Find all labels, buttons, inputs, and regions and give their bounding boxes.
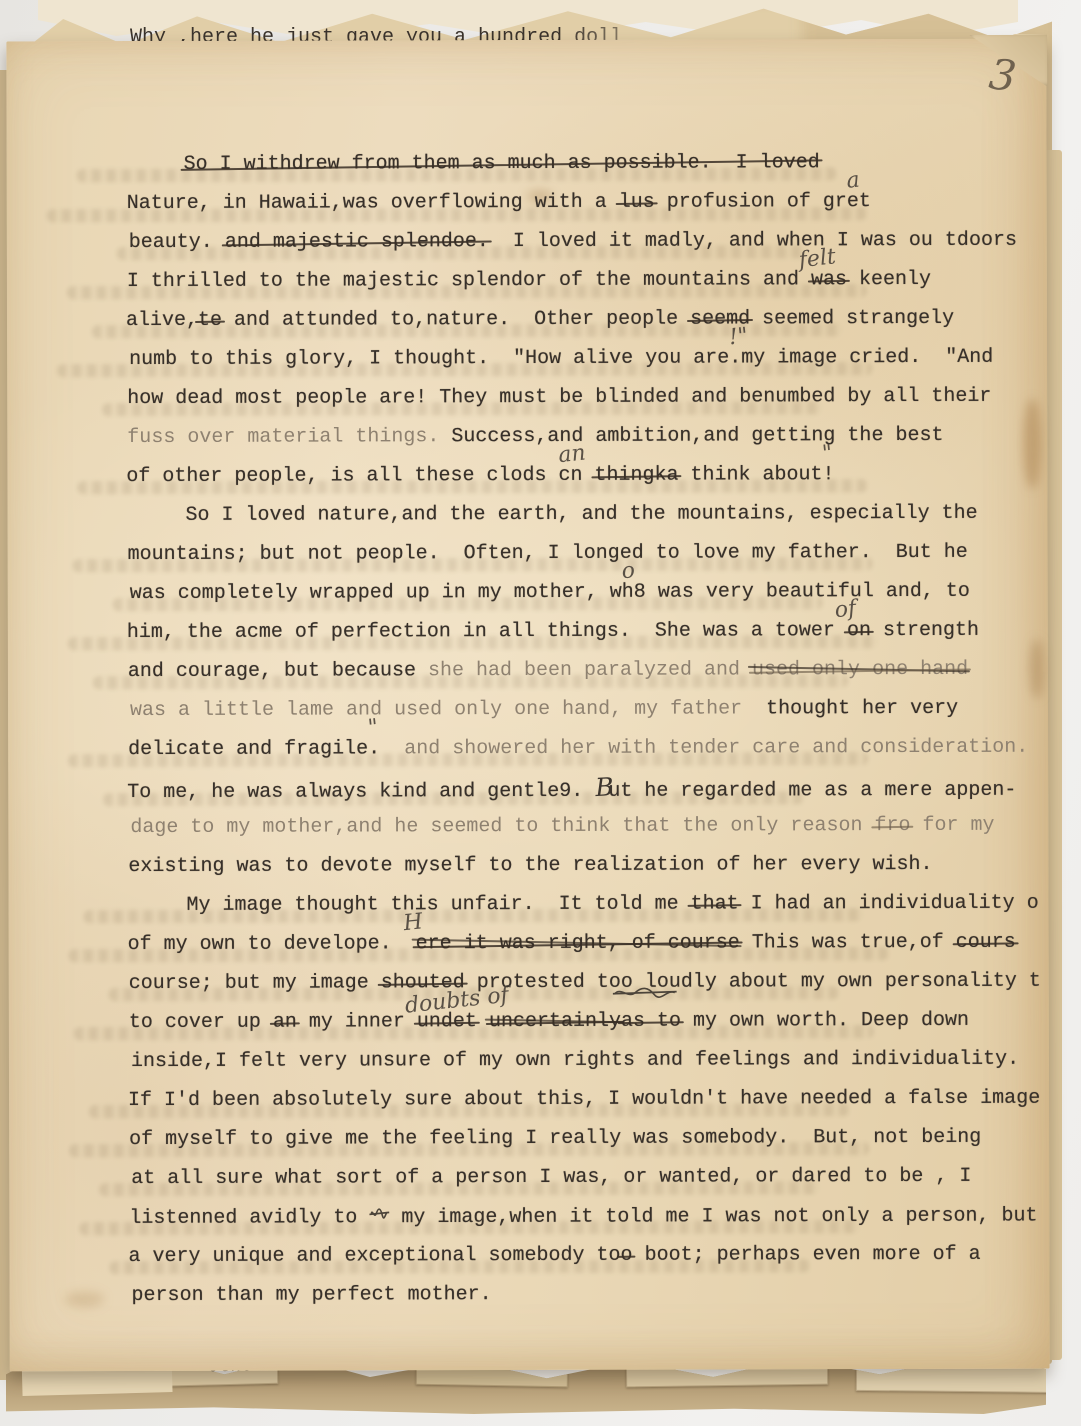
typed-text-segment: person than my perfect mother. bbox=[132, 1283, 492, 1307]
handwritten-correction: !" bbox=[728, 325, 749, 349]
typed-text-segment: To me, he was always kind and gentle9. bbox=[127, 780, 595, 804]
typed-text-segment: alive, bbox=[126, 309, 198, 332]
handwritten-correction: o bbox=[621, 560, 637, 583]
typed-line: was a little lame and used only one hand… bbox=[130, 689, 1046, 730]
typed-line: person than my perfect mother. bbox=[131, 1274, 1047, 1315]
typed-text-segment: Nature, in Hawaii,was overflowing with a bbox=[127, 191, 619, 215]
struck-text: So I withdrew from them as much as possi… bbox=[184, 151, 820, 176]
typed-line: existing was to devote myself to the rea… bbox=[128, 845, 1044, 886]
typed-text-segment: listenned avidly to bbox=[129, 1206, 369, 1230]
typed-text-segment: to cover up bbox=[129, 1011, 273, 1034]
typed-line: at all sure what sort of a person I was,… bbox=[131, 1157, 1047, 1198]
typed-line: how dead most people are! They must be b… bbox=[127, 377, 1043, 418]
handwritten-scrawl bbox=[369, 1197, 389, 1236]
typed-text-segment: thought her very bbox=[754, 697, 958, 721]
typed-text-segment: how dead most people are! They must be b… bbox=[127, 385, 991, 410]
typed-text-segment: existing was to devote myself to the rea… bbox=[128, 853, 932, 878]
typed-text-segment: ut he regarded me as a mere appen- bbox=[608, 779, 1016, 803]
struck-text: on bbox=[847, 619, 871, 642]
handwritten-correction: a bbox=[846, 170, 861, 193]
typed-text-segment bbox=[380, 737, 404, 760]
struck-text: thingka bbox=[594, 464, 678, 487]
typed-text-segment: 8 was very beautiful and, to bbox=[634, 580, 970, 604]
typed-text-segment: of myself to give me the feeling I reall… bbox=[129, 1126, 981, 1151]
handwritten-correction: an bbox=[557, 442, 586, 467]
struck-text: cours bbox=[956, 931, 1016, 954]
struck-text: fro bbox=[874, 814, 910, 837]
typed-text: So I withdrew from them as much as possi… bbox=[127, 143, 1046, 1315]
typed-text-segment: protested too loudly about my own person… bbox=[465, 970, 1041, 995]
typed-text-segment: boot; perhaps even more of a bbox=[633, 1243, 981, 1267]
typed-text-segment: at all sure what sort of a person I was,… bbox=[131, 1165, 971, 1190]
typed-text-segment: beauty. bbox=[129, 231, 225, 254]
typed-text-segment: mountains; but not people. Often, I long… bbox=[128, 541, 968, 566]
typed-line: numb to this glory, I thought. "How aliv… bbox=[129, 338, 1045, 379]
typed-line: and courage, but because she had been pa… bbox=[128, 650, 1044, 691]
typed-text-segment: So I loved nature,and the earth, and the… bbox=[185, 502, 977, 527]
struck-text: te bbox=[198, 309, 222, 332]
typed-text-segment: This was true,of bbox=[740, 931, 956, 955]
typed-text-segment: him, the acme of perfection in all thing… bbox=[127, 619, 847, 644]
struck-text: o bbox=[621, 1244, 633, 1267]
struck-text: was bbox=[811, 268, 847, 291]
typed-text-segment: of my own to develope. bbox=[128, 932, 416, 956]
typed-text-segment: fuss over material things. bbox=[127, 425, 451, 449]
typed-text-segment: and showered her with tender care and co… bbox=[404, 736, 1028, 761]
typed-text-segment: seemed strangely bbox=[750, 307, 954, 331]
manuscript-scan: Why ,here he just gave you a hundred dol… bbox=[0, 0, 1081, 1426]
typed-text-segment: Success,and ambition,and getting the bes… bbox=[451, 424, 943, 448]
struck-text: uncertainly bbox=[489, 1010, 621, 1033]
typed-line: Nature, in Hawaii,was overflowing with a… bbox=[127, 182, 1043, 223]
typed-text-segment: my image cried. "And bbox=[741, 346, 993, 370]
typed-text-segment: a very unique and exceptional somebody t… bbox=[128, 1244, 620, 1268]
struck-text: and majestic splendoe. bbox=[225, 230, 489, 254]
typed-line: was completely wrapped up in my mother, … bbox=[130, 572, 1046, 613]
manuscript-page: 3 So I withdrew from them as much as pos… bbox=[6, 39, 1049, 1372]
typed-text-segment: inside,I felt very unsure of my own righ… bbox=[131, 1048, 1019, 1073]
typed-text-segment: profusion of gre bbox=[655, 190, 859, 214]
paper-stain bbox=[65, 1291, 105, 1307]
typed-text-segment: of other people, is all these clods c bbox=[126, 464, 570, 488]
typed-line: delicate and fragile." and showered her … bbox=[128, 728, 1044, 769]
typed-text-segment: t bbox=[859, 190, 871, 213]
typed-text-segment: my image,when it told me I was not only … bbox=[389, 1204, 1037, 1229]
typed-line: To me, he was always kind and gentle9. B… bbox=[127, 767, 1043, 808]
typed-line: So I loved nature,and the earth, and the… bbox=[127, 494, 1043, 535]
typed-line: alive,te and attunded to,nature. Other p… bbox=[126, 299, 1042, 340]
typed-line: course; but my image shouted protested t… bbox=[129, 962, 1045, 1003]
typed-text-segment: for my bbox=[910, 814, 994, 837]
typed-text-segment: n bbox=[570, 464, 594, 487]
handwritten-correction: B bbox=[594, 767, 609, 807]
typed-text-segment: she had been paralyzed and bbox=[428, 658, 752, 682]
typed-text-segment: strength bbox=[871, 619, 979, 642]
typed-text-segment: course; but my image bbox=[129, 971, 381, 995]
struck-text: ere it was right, of course bbox=[416, 931, 740, 955]
typed-line: a very unique and exceptional somebody t… bbox=[128, 1235, 1044, 1276]
struck-text: as to bbox=[621, 1010, 681, 1033]
typed-text-segment: and courage, but because bbox=[128, 659, 428, 683]
typed-text-segment: My image thought this unfair. It told me bbox=[186, 893, 690, 917]
typed-text-segment: think about! bbox=[678, 463, 834, 486]
typed-line: listenned avidly to my image,when it tol… bbox=[129, 1196, 1045, 1237]
struck-text: used only one hand bbox=[752, 658, 968, 682]
typed-line: dage to my mother,and he seemed to think… bbox=[130, 806, 1046, 847]
typed-line: him, the acme of perfection in all thing… bbox=[127, 611, 1043, 652]
typed-text-segment: I loved it madly, and when I was ou tdoo… bbox=[489, 229, 1017, 253]
typed-line: of other people, is all these clods cann… bbox=[126, 455, 1042, 496]
typed-text-segment: keenly bbox=[847, 268, 931, 291]
typed-text-segment: and attunded to,nature. Other people bbox=[222, 308, 690, 332]
typed-line: to cover up an my inner doubts ofundet u… bbox=[129, 1001, 1045, 1042]
typed-text-segment: dage to my mother,and he seemed to think… bbox=[130, 814, 874, 839]
typed-text-segment: my own worth. Deep down bbox=[681, 1009, 969, 1033]
typed-line: My image thought this unfair. It told me… bbox=[128, 884, 1044, 925]
typed-text-segment: If I'd been absolutely sure about this, … bbox=[128, 1087, 1040, 1112]
struck-text: an bbox=[273, 1011, 297, 1034]
typed-text-segment: was completely wrapped up in my mother, … bbox=[130, 581, 634, 605]
typed-line: mountains; but not people. Often, I long… bbox=[128, 533, 1044, 574]
typed-line: I thrilled to the majestic splendor of t… bbox=[127, 260, 1043, 301]
typed-text-segment: I thrilled to the majestic splendor of t… bbox=[127, 268, 811, 293]
typed-text-segment: I had an individuality o bbox=[739, 892, 1039, 916]
struck-text: undet bbox=[417, 1010, 477, 1033]
typed-line: inside,I felt very unsure of my own righ… bbox=[131, 1040, 1047, 1081]
struck-text: lus bbox=[619, 191, 655, 214]
typed-text-segment: delicate and fragile. bbox=[128, 737, 380, 761]
typed-text-segment: numb to this glory, I thought. "How aliv… bbox=[129, 346, 741, 371]
typed-line: beauty. and majestic splendoe. I loved i… bbox=[129, 221, 1045, 262]
typed-line: So I withdrew from them as much as possi… bbox=[126, 143, 1042, 184]
typed-text-segment: my inner bbox=[297, 1010, 417, 1033]
typed-line: of myself to give me the feeling I reall… bbox=[129, 1118, 1045, 1159]
typed-text-segment: was a little lame and used only one hand… bbox=[130, 697, 754, 722]
page-number: 3 bbox=[987, 49, 1019, 101]
struck-text: that bbox=[691, 892, 739, 915]
typed-line: of my own to develope. Here it was right… bbox=[128, 923, 1044, 964]
typed-line: If I'd been absolutely sure about this, … bbox=[128, 1079, 1044, 1120]
